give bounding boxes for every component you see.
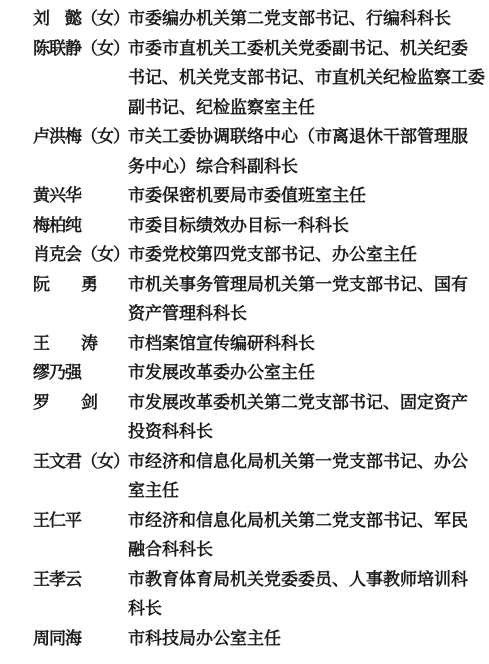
- person-title-line: 市发展改革委机关第二党支部书记、固定资产: [128, 389, 479, 419]
- person-title: 市发展改革委办公室主任: [128, 359, 479, 389]
- person-title: 市经济和信息化局机关第二党支部书记、军民 融合科科长: [128, 507, 479, 566]
- person-title-line: 市委市直机关工委机关党委副书记、机关纪委: [128, 35, 479, 65]
- roster-entry: 王仁平 市经济和信息化局机关第二党支部书记、军民 融合科科长: [33, 507, 479, 566]
- roster-document-page: 刘 懿（女） 市委编办机关第二党支部书记、行编科科长 陈联静（女） 市委市直机关…: [0, 0, 489, 664]
- person-title: 市科技局办公室主任: [128, 625, 479, 655]
- person-name: 卢洪梅（女）: [33, 123, 128, 153]
- person-name: 罗 剑: [33, 389, 128, 419]
- person-title-line: 副书记、纪检监察室主任: [128, 94, 479, 124]
- roster-entry: 刘 懿（女） 市委编办机关第二党支部书记、行编科科长: [33, 5, 479, 35]
- person-title: 市经济和信息化局机关第一党支部书记、办公 室主任: [128, 448, 479, 507]
- person-name: 王孝云: [33, 566, 128, 596]
- person-name: 刘 懿（女）: [33, 5, 128, 35]
- person-title-line: 市档案馆宣传编研科科长: [128, 330, 479, 360]
- person-title-line: 市发展改革委办公室主任: [128, 359, 479, 389]
- person-title: 市委目标绩效办目标一科科长: [128, 212, 479, 242]
- person-title: 市机关事务管理局机关第一党支部书记、国有 资产管理科科长: [128, 271, 479, 330]
- roster-entry: 黄兴华 市委保密机要局市委值班室主任: [33, 182, 479, 212]
- person-name: 王文君（女）: [33, 448, 128, 478]
- person-name: 缪乃强: [33, 359, 128, 389]
- person-title-line: 市经济和信息化局机关第一党支部书记、办公: [128, 448, 479, 478]
- person-title: 市委党校第四党支部书记、办公室主任: [128, 241, 479, 271]
- person-title: 市教育体育局机关党委委员、人事教师培训科 科长: [128, 566, 479, 625]
- person-title-line: 市机关事务管理局机关第一党支部书记、国有: [128, 271, 479, 301]
- person-title-line: 市委目标绩效办目标一科科长: [128, 212, 479, 242]
- person-title-line: 市关工委协调联络中心（市离退休干部管理服: [128, 123, 479, 153]
- person-name: 肖克会（女）: [33, 241, 128, 271]
- person-name: 周同海: [33, 625, 128, 655]
- person-title-line: 市科技局办公室主任: [128, 625, 479, 655]
- person-title: 市委保密机要局市委值班室主任: [128, 182, 479, 212]
- person-title: 市委编办机关第二党支部书记、行编科科长: [128, 5, 479, 35]
- roster-entry: 阮 勇 市机关事务管理局机关第一党支部书记、国有 资产管理科科长: [33, 271, 479, 330]
- person-name: 王仁平: [33, 507, 128, 537]
- person-name: 阮 勇: [33, 271, 128, 301]
- person-title-line: 市委保密机要局市委值班室主任: [128, 182, 479, 212]
- person-title-line: 市委党校第四党支部书记、办公室主任: [128, 241, 479, 271]
- roster-entry: 梅柏纯 市委目标绩效办目标一科科长: [33, 212, 479, 242]
- person-title-line: 融合科科长: [128, 536, 479, 566]
- person-title: 市委市直机关工委机关党委副书记、机关纪委 书记、机关党支部书记、市直机关纪检监察…: [128, 35, 479, 124]
- person-title-line: 务中心）综合科副科长: [128, 153, 479, 183]
- person-title-line: 科长: [128, 595, 479, 625]
- roster-entry: 王孝云 市教育体育局机关党委委员、人事教师培训科 科长: [33, 566, 479, 625]
- person-title-line: 市经济和信息化局机关第二党支部书记、军民: [128, 507, 479, 537]
- person-title-line: 书记、机关党支部书记、市直机关纪检监察工委: [128, 64, 479, 94]
- roster-entry: 肖克会（女） 市委党校第四党支部书记、办公室主任: [33, 241, 479, 271]
- roster-entry: 王 涛 市档案馆宣传编研科科长: [33, 330, 479, 360]
- person-title-line: 市委编办机关第二党支部书记、行编科科长: [128, 5, 479, 35]
- person-title-line: 室主任: [128, 477, 479, 507]
- person-title-line: 资产管理科科长: [128, 300, 479, 330]
- roster-entry: 缪乃强 市发展改革委办公室主任: [33, 359, 479, 389]
- person-title: 市档案馆宣传编研科科长: [128, 330, 479, 360]
- person-name: 王 涛: [33, 330, 128, 360]
- person-title: 市发展改革委机关第二党支部书记、固定资产 投资科科长: [128, 389, 479, 448]
- roster-entry: 王文君（女） 市经济和信息化局机关第一党支部书记、办公 室主任: [33, 448, 479, 507]
- roster-entry: 罗 剑 市发展改革委机关第二党支部书记、固定资产 投资科科长: [33, 389, 479, 448]
- person-title: 市关工委协调联络中心（市离退休干部管理服 务中心）综合科副科长: [128, 123, 479, 182]
- roster-entry: 陈联静（女） 市委市直机关工委机关党委副书记、机关纪委 书记、机关党支部书记、市…: [33, 35, 479, 124]
- person-name: 梅柏纯: [33, 212, 128, 242]
- person-name: 黄兴华: [33, 182, 128, 212]
- person-name: 陈联静（女）: [33, 35, 128, 65]
- roster-entry: 卢洪梅（女） 市关工委协调联络中心（市离退休干部管理服 务中心）综合科副科长: [33, 123, 479, 182]
- person-title-line: 市教育体育局机关党委委员、人事教师培训科: [128, 566, 479, 596]
- person-title-line: 投资科科长: [128, 418, 479, 448]
- roster-entry: 周同海 市科技局办公室主任: [33, 625, 479, 655]
